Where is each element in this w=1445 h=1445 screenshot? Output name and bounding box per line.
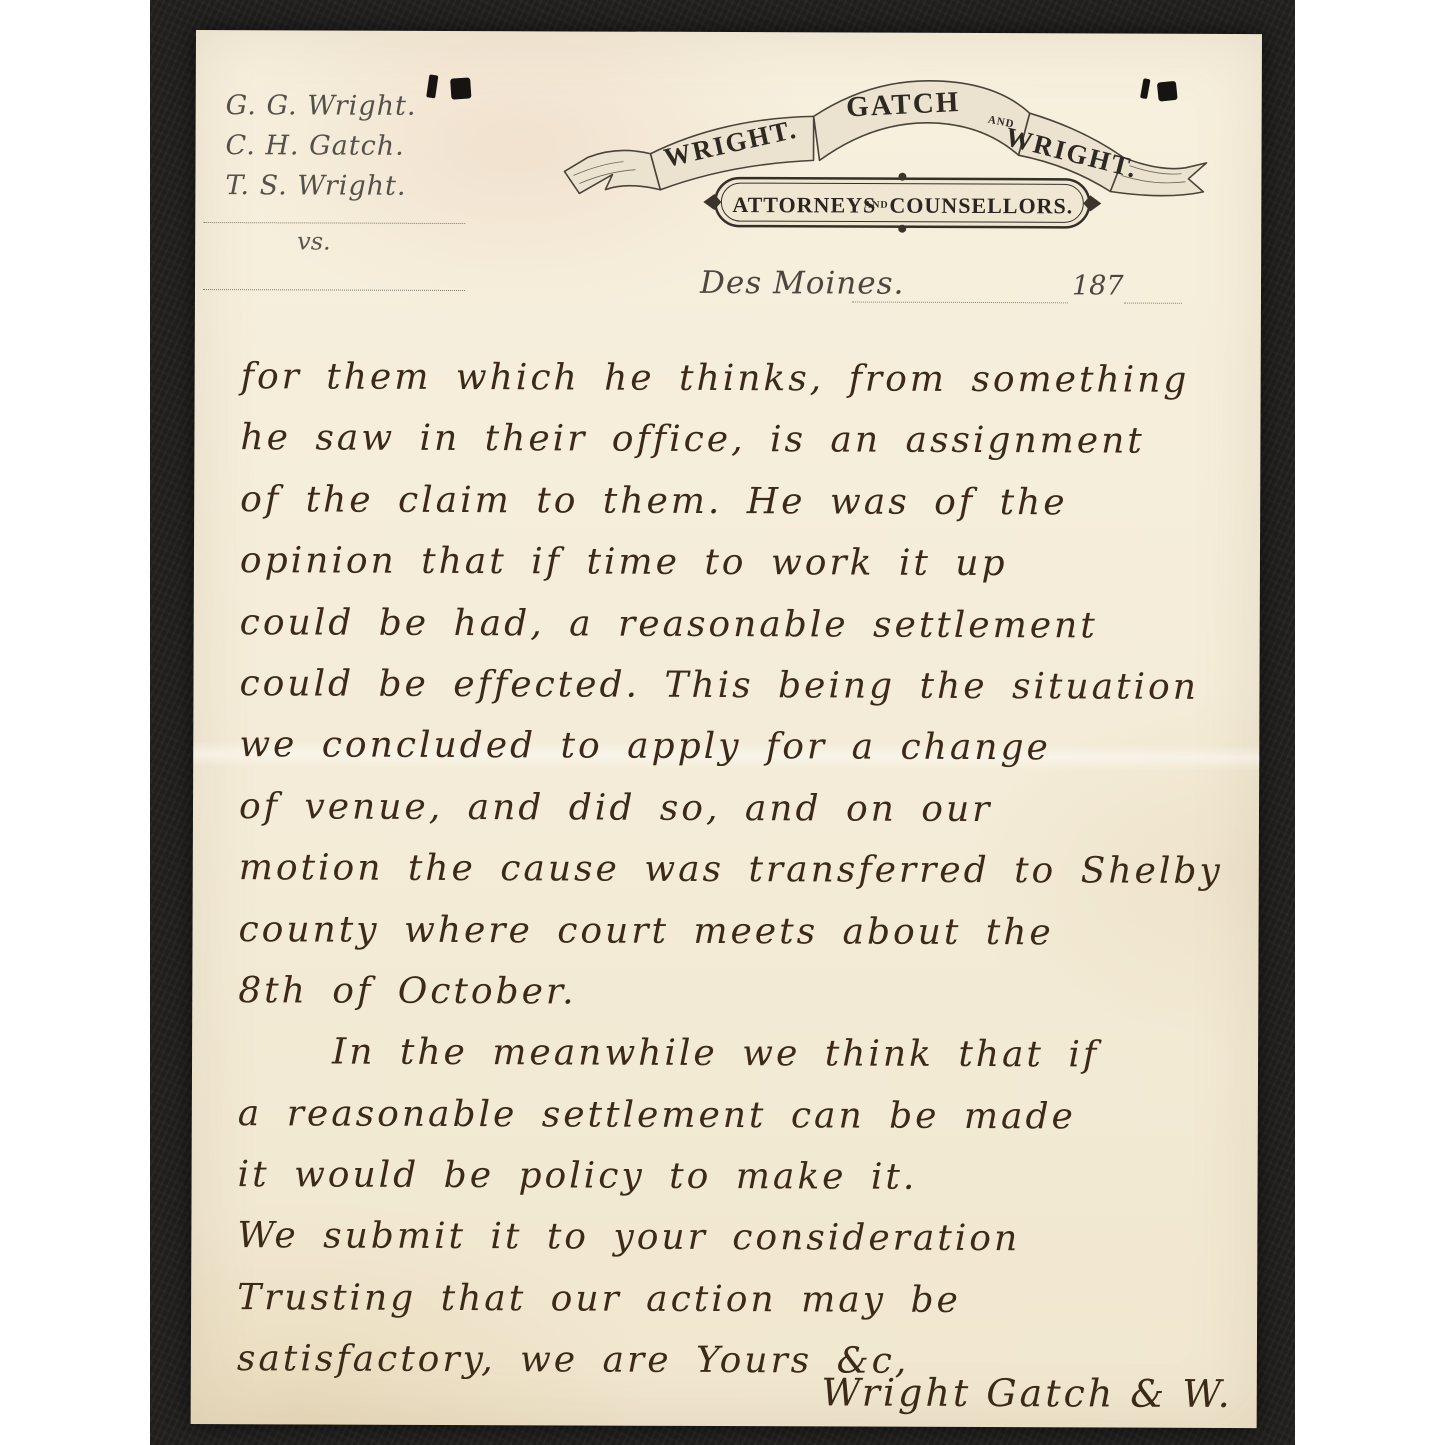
ink-mark bbox=[450, 77, 471, 99]
handwritten-line: it would be policy to make it. bbox=[237, 1144, 1243, 1209]
cartouche-ornament-top-icon bbox=[898, 173, 906, 181]
attorneys-cartouche: ATTORNEYS AND COUNSELLORS. bbox=[703, 172, 1101, 234]
dateline-year-prefix: 187 bbox=[1072, 270, 1124, 301]
case-caption-rule bbox=[203, 289, 465, 291]
letterhead-banner: WRIGHT. GATCH AND WRIGHT. ATTORNEYS AND … bbox=[557, 75, 1213, 258]
dateline-city: Des Moines. bbox=[700, 265, 904, 302]
handwritten-line: of the claim to them. He was of the bbox=[240, 469, 1246, 534]
handwritten-line: could be effected. This being the situat… bbox=[239, 653, 1245, 718]
handwritten-line: a reasonable settlement can be made bbox=[238, 1083, 1244, 1148]
dateline-rule bbox=[1124, 303, 1182, 304]
subtitle-counsellors: COUNSELLORS. bbox=[889, 193, 1073, 219]
handwritten-line: In the meanwhile we think that if bbox=[238, 1021, 1244, 1086]
handwritten-line: opinion that if time to work it up bbox=[240, 530, 1246, 595]
attorney-name: G. G. Wright. bbox=[226, 86, 417, 127]
letter-paper: G. G. Wright. C. H. Gatch. T. S. Wright.… bbox=[191, 30, 1262, 1428]
handwritten-line: Trusting that our action may be bbox=[237, 1267, 1243, 1332]
handwritten-line: county where court meets about the bbox=[238, 899, 1244, 964]
dateline-rule bbox=[852, 302, 1068, 304]
handwritten-line: for them which he thinks, from something bbox=[241, 346, 1247, 411]
handwritten-line: motion the cause was transferred to Shel… bbox=[239, 837, 1245, 902]
handwritten-line: he saw in their office, is an assignment bbox=[240, 408, 1246, 473]
handwritten-body: for them which he thinks, from something… bbox=[237, 346, 1247, 1393]
ink-mark bbox=[426, 74, 438, 98]
subtitle-and: AND bbox=[864, 200, 889, 211]
banner-word-gatch: GATCH bbox=[845, 86, 961, 124]
handwritten-line: of venue, and did so, and on our bbox=[239, 776, 1245, 841]
ribbon-tail-left-icon bbox=[564, 150, 660, 194]
attorney-name-list: G. G. Wright. C. H. Gatch. T. S. Wright. bbox=[225, 86, 416, 207]
handwritten-line: could be had, a reasonable settlement bbox=[240, 592, 1246, 657]
signature: Wright Gatch & W. bbox=[821, 1370, 1233, 1416]
handwritten-line: we concluded to apply for a change bbox=[239, 715, 1245, 780]
handwritten-line: We submit it to your consideration bbox=[237, 1206, 1243, 1271]
cartouche-ornament-bottom-icon bbox=[898, 225, 906, 233]
vs-label: vs. bbox=[297, 227, 331, 255]
scanned-letter-page: { "colors":{ "background":"#ffffff", "ma… bbox=[0, 0, 1445, 1445]
case-caption-rule bbox=[203, 222, 465, 224]
attorney-name: T. S. Wright. bbox=[225, 166, 416, 207]
attorney-name: C. H. Gatch. bbox=[225, 126, 416, 167]
subtitle-attorneys: ATTORNEYS bbox=[732, 192, 876, 218]
handwritten-line: 8th of October. bbox=[238, 960, 1244, 1025]
dateline: Des Moines. 187 bbox=[700, 265, 1220, 327]
